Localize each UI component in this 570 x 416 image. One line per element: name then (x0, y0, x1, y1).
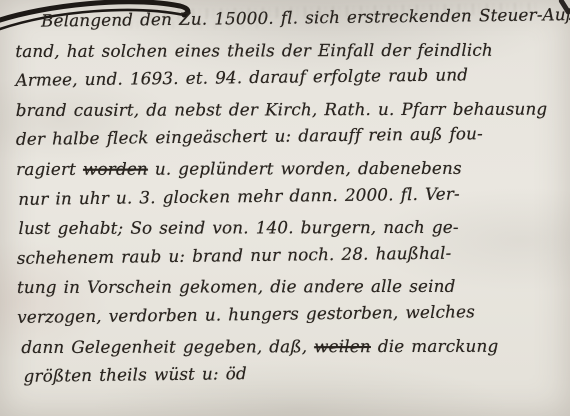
handwritten-text: größten theils wüst u: öd (23, 363, 247, 386)
handwritten-text: der halbe fleck eingeäschert u: darauff … (16, 124, 483, 150)
handwritten-text: brand causirt, da nebst der Kirch, Rath.… (16, 98, 548, 119)
handwritten-text: schehenem raub u: brand nur noch. 28. ha… (17, 242, 452, 267)
struck-through-word: worden (83, 159, 148, 179)
manuscript-line: schehenem raub u: brand nur noch. 28. ha… (9, 237, 570, 273)
handwritten-text: nur in uhr u. 3. glocken mehr dann. 2000… (18, 183, 460, 208)
manuscript-line: verzogen, verdorben u. hungers gestorben… (9, 296, 570, 332)
handwritten-text: ragiert (16, 159, 83, 179)
handwritten-text: dann Gelegenheit gegeben, daß, (21, 336, 314, 357)
handwritten-text: verzogen, verdorben u. hungers gestorben… (17, 301, 475, 327)
handwritten-text: u. geplündert worden, dabenebens (148, 158, 462, 179)
manuscript-page: Belangend den Zu. 15000. fl. sich erstre… (0, 0, 570, 416)
manuscript-line: größten theils wüst u: öd (9, 355, 570, 391)
handwritten-text: die marckung (371, 335, 499, 355)
struck-through-word: weilen (314, 336, 371, 356)
handwritten-text: Belangend den Zu. 15000. fl. sich erstre… (41, 4, 570, 31)
manuscript-line: nur in uhr u. 3. glocken mehr dann. 2000… (8, 178, 570, 214)
manuscript-text-block: Belangend den Zu. 15000. fl. sich erstre… (7, 3, 570, 392)
manuscript-line: der halbe fleck eingeäschert u: darauff … (8, 118, 570, 154)
handwritten-text: tung in Vorschein gekomen, die andere al… (17, 276, 456, 297)
manuscript-line: Belangend den Zu. 15000. fl. sich erstre… (7, 0, 570, 36)
handwritten-text: lust gehabt; So seind von. 140. burgern,… (19, 217, 459, 238)
handwritten-text: Armee, und. 1693. et. 94. darauf erfolgt… (15, 65, 468, 91)
manuscript-line: Armee, und. 1693. et. 94. darauf erfolgt… (7, 59, 570, 95)
handwritten-text: tand, hat solchen eines theils der Einfa… (15, 39, 493, 60)
